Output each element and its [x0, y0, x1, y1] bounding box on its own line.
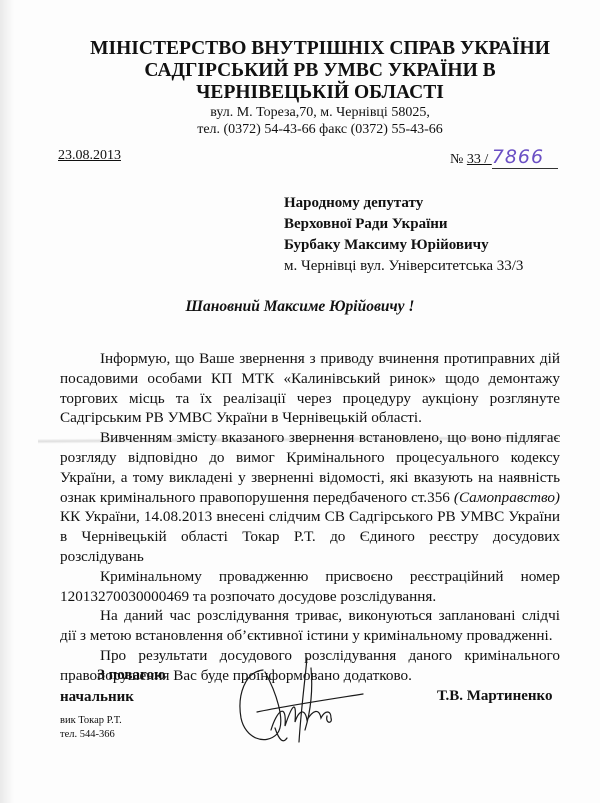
department-name: САДГІРСЬКИЙ РВ УМВС УКРАЇНИ В: [80, 60, 560, 82]
ministry-name: МІНІСТЕРСТВО ВНУТРІШНІХ СПРАВ УКРАЇНИ: [80, 38, 560, 60]
number-handwritten: 7866: [492, 146, 558, 169]
closing-block: З повагою начальник: [60, 664, 165, 708]
regards: З повагою: [60, 664, 165, 686]
signer-title: начальник: [60, 686, 165, 708]
paragraph-2-text-b: КК України, 14.08.2013 внесені слідчим С…: [60, 508, 560, 565]
letter-page: МІНІСТЕРСТВО ВНУТРІШНІХ СПРАВ УКРАЇНИ СА…: [0, 0, 600, 803]
recipient-organization: Верховної Ради України: [284, 214, 523, 235]
article-name: (Самоправство): [454, 489, 560, 506]
scan-edge-shadow: [0, 0, 14, 803]
recipient-block: Народному депутату Верховної Ради Україн…: [284, 193, 523, 277]
outgoing-number: № 33 / 7866: [450, 146, 558, 169]
paragraph-4: На даний час розслідування триває, викон…: [60, 606, 560, 646]
letterhead-phones: тел. (0372) 54-43-66 факс (0372) 55-43-6…: [80, 121, 560, 138]
signature-icon: [235, 650, 375, 760]
letterhead: МІНІСТЕРСТВО ВНУТРІШНІХ СПРАВ УКРАЇНИ СА…: [80, 38, 560, 138]
letterhead-address: вул. М. Тореза,70, м. Чернівці 58025,: [80, 104, 560, 121]
number-printed: 33 /: [467, 152, 492, 167]
number-sign: №: [450, 152, 467, 167]
paragraph-3: Кримінальному провадженню присвоєно реєс…: [60, 567, 560, 607]
salutation: Шановний Максиме Юрійовичу !: [0, 298, 600, 316]
region-name: ЧЕРНІВЕЦЬКІЙ ОБЛАСТІ: [80, 82, 560, 104]
letter-body: Інформую, що Ваше звернення з приводу вч…: [60, 349, 560, 686]
paragraph-2: Вивченням змісту вказаного звернення вст…: [60, 428, 560, 567]
paragraph-1: Інформую, що Ваше звернення з приводу вч…: [60, 349, 560, 428]
executor-phone: тел. 544-366: [60, 728, 122, 742]
recipient-name: Бурбаку Максиму Юрійовичу: [284, 235, 523, 256]
signer-name: Т.В. Мартиненко: [437, 688, 552, 705]
letter-date: 23.08.2013: [58, 148, 121, 164]
recipient-position: Народному депутату: [284, 193, 523, 214]
recipient-address: м. Чернівці вул. Університетська 33/3: [284, 256, 523, 277]
executor-block: вик Токар Р.Т. тел. 544-366: [60, 714, 122, 742]
executor-name: вик Токар Р.Т.: [60, 714, 122, 728]
